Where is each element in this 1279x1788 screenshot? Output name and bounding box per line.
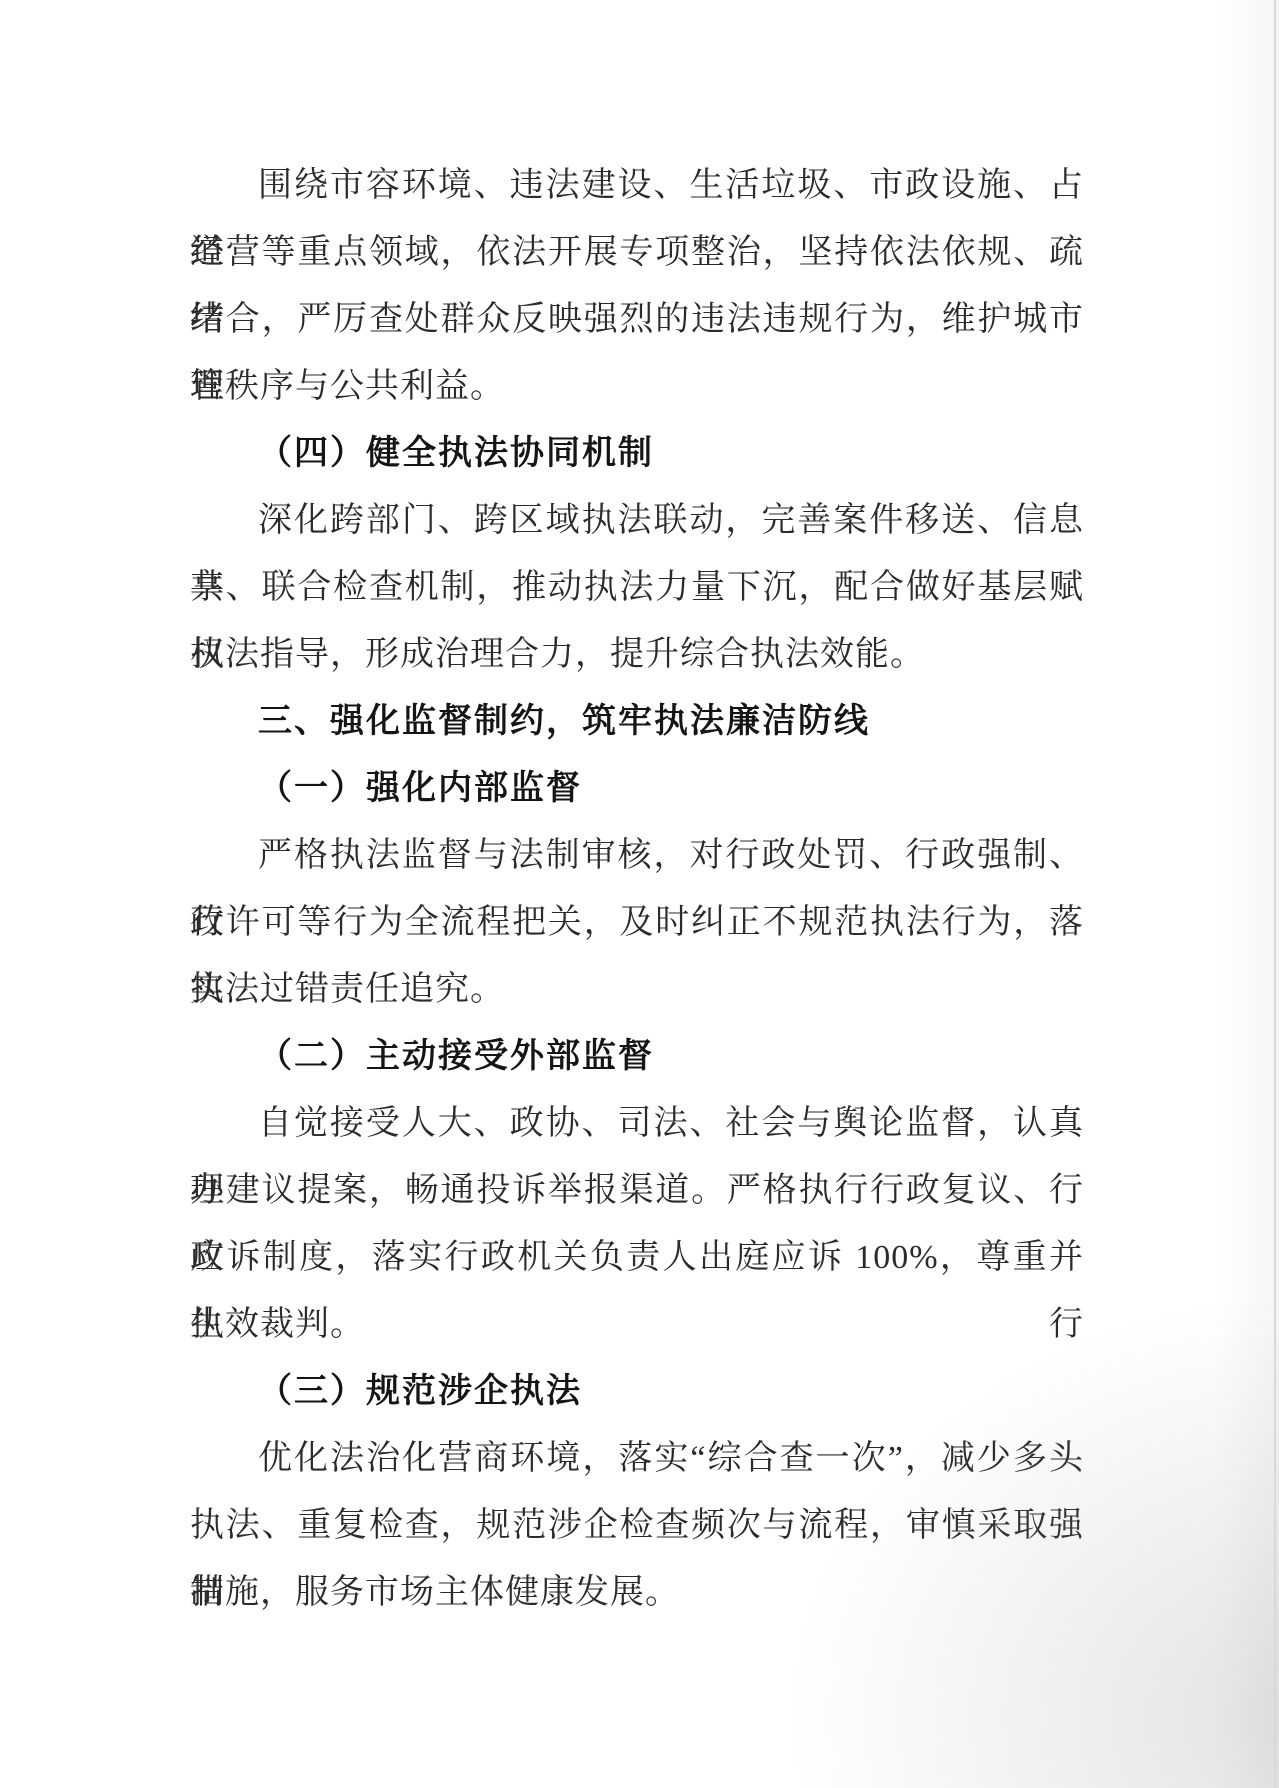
paragraph-line: 享、联合检查机制，推动执法力量下沉，配合做好基层赋权 [190,554,1084,621]
heading-line: （三）规范涉企执法 [190,1358,1084,1425]
paragraph-line: 结合，严厉查处群众反映强烈的违法违规行为，维护城市管 [190,286,1084,353]
paragraph-line: 深化跨部门、跨区域执法联动，完善案件移送、信息共 [190,487,1084,554]
heading-line: 三、强化监督制约，筑牢执法廉洁防线 [190,688,1084,755]
paragraph-line: 政许可等行为全流程把关，及时纠正不规范执法行为，落实 [190,889,1084,956]
paragraph-line: 自觉接受人大、政协、司法、社会与舆论监督，认真办 [190,1090,1084,1157]
document-body: 围绕市容环境、违法建设、生活垃圾、市政设施、占道经营等重点领域，依法开展专项整治… [190,152,1084,1626]
paragraph-line: 措施，服务市场主体健康发展。 [190,1559,1084,1626]
paragraph-line: 经营等重点领域，依法开展专项整治，坚持依法依规、疏堵 [190,219,1084,286]
paragraph-line: 严格执法监督与法制审核，对行政处罚、行政强制、行 [190,822,1084,889]
paragraph-line: 执法、重复检查，规范涉企检查频次与流程，审慎采取强制 [190,1492,1084,1559]
paragraph-line: 围绕市容环境、违法建设、生活垃圾、市政设施、占道 [190,152,1084,219]
paragraph-line: 优化法治化营商环境，落实“综合查一次”，减少多头 [190,1425,1084,1492]
document-page: 围绕市容环境、违法建设、生活垃圾、市政设施、占道经营等重点领域，依法开展专项整治… [0,0,1279,1788]
paragraph-line: 执法过错责任追究。 [190,956,1084,1023]
paragraph-line: 理建议提案，畅通投诉举报渠道。严格执行行政复议、行政 [190,1157,1084,1224]
heading-line: （二）主动接受外部监督 [190,1023,1084,1090]
paragraph-line: 执法指导，形成治理合力，提升综合执法效能。 [190,621,1084,688]
heading-line: （四）健全执法协同机制 [190,420,1084,487]
paragraph-line: 应诉制度，落实行政机关负责人出庭应诉 100%，尊重并执行 [190,1224,1084,1291]
paragraph-line: 理秩序与公共利益。 [190,353,1084,420]
page-right-edge-line [1274,0,1276,1788]
heading-line: （一）强化内部监督 [190,755,1084,822]
